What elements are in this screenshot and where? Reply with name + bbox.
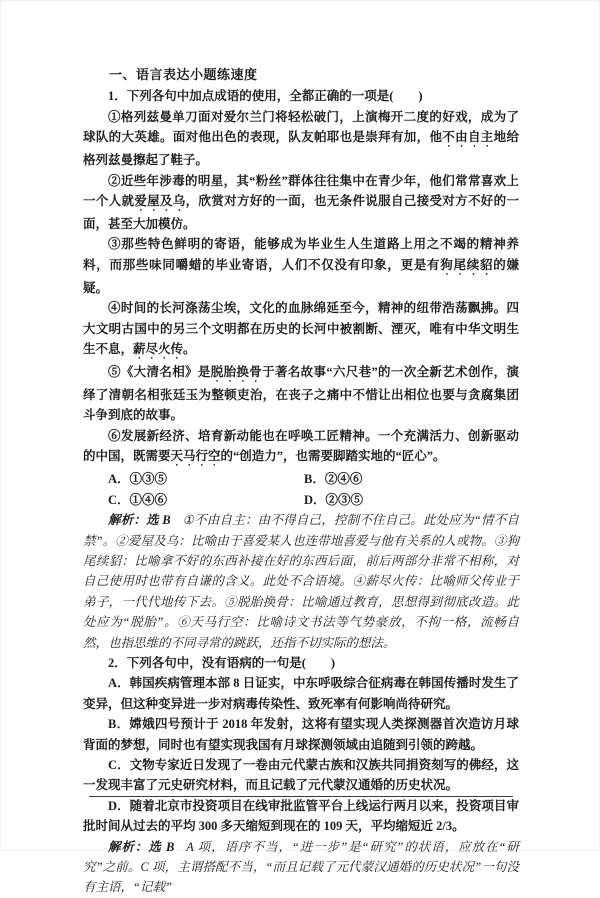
question-1-stem: 1．下列各句中加点成语的使用，全都正确的一项是( ) [83, 86, 519, 106]
footer-rule [89, 796, 513, 797]
q1-option-c: C．①④⑥ [108, 490, 304, 510]
q1-item-5: ⑤《大清名相》是脱胎换骨于著名故事“六尺巷”的一次全新艺术创作，演绎了清朝名相张… [83, 362, 519, 426]
q1-item-2-idiom: 爱屋及乌 [134, 194, 185, 208]
q1-item-4: ④时间的长河涤荡尘埃，文化的血脉绵延至今，精神的纽带浩荡飘拂。四大文明古国中的另… [83, 298, 519, 362]
q1-options: A．①③⑤ B．②④⑥ C．①④⑥ D．②③⑤ [83, 469, 519, 510]
q1-item-2: ②近些年涉毒的明星，其“粉丝”群体往往集中在青少年，他们常常喜欢上一个人就爱屋及… [83, 171, 519, 235]
q1-analysis-body: ①不由自主：由不得自己，控制不住自己。此处应为“情不自禁”。②爱屋及乌：比喻由于… [83, 513, 519, 649]
q1-item-4-post: 。 [183, 342, 196, 356]
q2-option-a: A．韩国疾病管理本部 8 日证实，中东呼吸综合征病毒在韩国传播时发生了变异，但这… [83, 673, 519, 714]
q1-item-6-post: 的“创造力”，也需要脚踏实地的“匠心”。 [221, 449, 446, 463]
q1-option-d: D．②③⑤ [304, 490, 519, 510]
q2-analysis-label: 解析： [108, 840, 148, 854]
q1-analysis-label: 解析： [108, 513, 146, 527]
q1-item-3-idiom: 狗尾续貂 [440, 258, 493, 272]
page-content: 一、语言表达小题练速度 1．下列各句中加点成语的使用，全都正确的一项是( ) ①… [83, 65, 519, 898]
q1-item-3: ③那些特色鲜明的寄语，能够成为毕业生人生道路上用之不竭的精神养料，而那些味同嚼蜡… [83, 234, 519, 298]
q2-option-d: D．随着北京市投资项目在线审批监管平台上线运行两月以来，投资项目审批时间从过去的… [83, 796, 519, 837]
q1-analysis: 解析：选 B①不由自主：由不得自己，控制不住自己。此处应为“情不自禁”。②爱屋及… [83, 510, 519, 653]
q1-item-4-idiom: 薪尽火传 [133, 342, 183, 356]
q1-item-1-idiom: 不由自主 [442, 130, 493, 144]
q1-item-6: ⑥发展新经济、培育新动能也在呼唤工匠精神。一个充满活力、创新驱动的中国，既需要天… [83, 426, 519, 469]
exam-page: 一、语言表达小题练速度 1．下列各句中加点成语的使用，全都正确的一项是( ) ①… [0, 0, 600, 850]
q1-item-6-idiom: 天马行空 [171, 449, 221, 463]
q1-item-1: ①格列兹曼单刀面对爱尔兰门将轻松破门，上演梅开二度的好戏，成为了球队的大英雄。面… [83, 107, 519, 171]
q1-item-5-pre: ⑤《大清名相》是 [108, 365, 211, 379]
q2-option-c: C．文物专家近日发现了一卷由元代蒙古族和汉族共同捐资刻写的佛经，这一发现丰富了元… [83, 755, 519, 796]
q2-analysis-answer: 选 B [148, 840, 174, 854]
q1-analysis-answer: 选 B [146, 513, 170, 527]
q1-option-b: B．②④⑥ [304, 469, 519, 489]
q2-analysis: 解析：选 BA 项，语序不当，“进一步”是“研究”的状语，应放在“研究”之前。C… [83, 837, 519, 898]
section-title: 一、语言表达小题练速度 [83, 65, 519, 85]
q2-option-b: B．嫦娥四号预计于 2018 年发射，这将有望实现人类探测器首次造访月球背面的梦… [83, 714, 519, 755]
q1-item-5-idiom: 脱胎换骨 [211, 365, 262, 379]
question-2-stem: 2．下列各句中，没有语病的一句是( ) [83, 653, 519, 673]
q1-option-a: A．①③⑤ [108, 469, 304, 489]
